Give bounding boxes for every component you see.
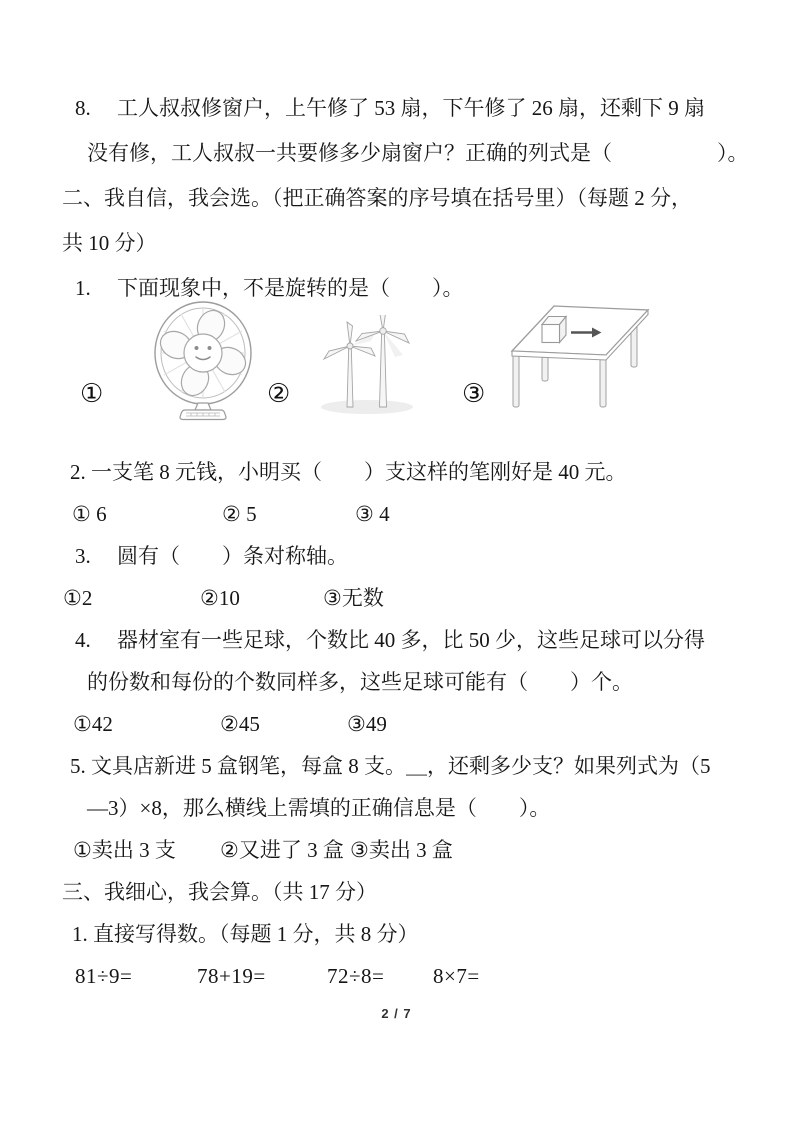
option: ③49 <box>347 703 387 745</box>
section-3-heading: 三、我细心，我会算。（共 17 分） <box>62 871 752 913</box>
calc-problem: 81÷9= <box>75 955 197 997</box>
option: ①2 <box>63 577 200 619</box>
question-1-figures: ① <box>62 311 752 451</box>
question-2-options: ① 6② 5③ 4 <box>62 493 752 535</box>
wind-turbines-figure <box>305 315 430 417</box>
electric-fan-figure <box>148 301 262 423</box>
option: ③无数 <box>323 577 384 619</box>
question-4-options: ①42②45③49 <box>62 703 752 745</box>
calc-problem: 8×7= <box>433 955 480 997</box>
section-2-heading-line-1: 二、我自信，我会选。（把正确答案的序号填在括号里）（每题 2 分， <box>62 176 752 221</box>
figure-3-marker: ③ <box>462 379 485 409</box>
question-8-line-1: 8. 工人叔叔修窗户，上午修了 53 扇，下午修了 26 扇，还剩下 9 扇 <box>62 86 752 131</box>
question-5-options: ①卖出 3 支②又进了 3 盒③卖出 3 盒 <box>62 829 752 871</box>
section-3-sub-1: 1. 直接写得数。（每题 1 分，共 8 分） <box>62 913 752 955</box>
option: ③卖出 3 盒 <box>350 829 453 871</box>
option: ① 6 <box>72 493 222 535</box>
option: ②10 <box>200 577 323 619</box>
option: ①42 <box>73 703 220 745</box>
wind-turbines-icon <box>305 315 430 417</box>
question-5-line-1: 5. 文具店新进 5 盒钢笔，每盒 8 支。＿，还剩多少支？如果列式为（5 <box>62 745 752 787</box>
page-content: 8. 工人叔叔修窗户，上午修了 53 扇，下午修了 26 扇，还剩下 9 扇 没… <box>62 86 752 997</box>
question-5-line-2: —3）×8，那么横线上需填的正确信息是（ ）。 <box>62 787 752 829</box>
calculation-problems-row: 81÷9=78+19=72÷8=8×7= <box>62 955 752 997</box>
option: ③ 4 <box>355 493 390 535</box>
electric-fan-icon <box>148 301 262 423</box>
option: ② 5 <box>222 493 355 535</box>
table-box-icon <box>500 297 652 415</box>
figure-2-marker: ② <box>267 379 290 409</box>
section-2-heading-line-2: 共 10 分） <box>62 221 752 266</box>
exam-paper-page: 8. 工人叔叔修窗户，上午修了 53 扇，下午修了 26 扇，还剩下 9 扇 没… <box>0 0 793 1122</box>
question-2-text: 2. 一支笔 8 元钱，小明买（ ）支这样的笔刚好是 40 元。 <box>62 451 752 493</box>
calc-problem: 78+19= <box>197 955 327 997</box>
question-4-line-2: 的份数和每份的个数同样多，这些足球可能有（ ）个。 <box>62 661 752 703</box>
box-on-table-figure <box>500 297 652 415</box>
option: ②又进了 3 盒 <box>220 829 350 871</box>
page-number: 2 / 7 <box>0 1006 793 1021</box>
calc-problem: 72÷8= <box>327 955 433 997</box>
option: ②45 <box>220 703 347 745</box>
question-3-options: ①2②10③无数 <box>62 577 752 619</box>
option: ①卖出 3 支 <box>73 829 220 871</box>
question-8-line-2: 没有修，工人叔叔一共要修多少扇窗户？正确的列式是（ ）。 <box>62 131 752 176</box>
question-4-line-1: 4. 器材室有一些足球，个数比 40 多，比 50 少，这些足球可以分得 <box>62 619 752 661</box>
question-3-text: 3. 圆有（ ）条对称轴。 <box>62 535 752 577</box>
figure-1-marker: ① <box>80 379 103 409</box>
